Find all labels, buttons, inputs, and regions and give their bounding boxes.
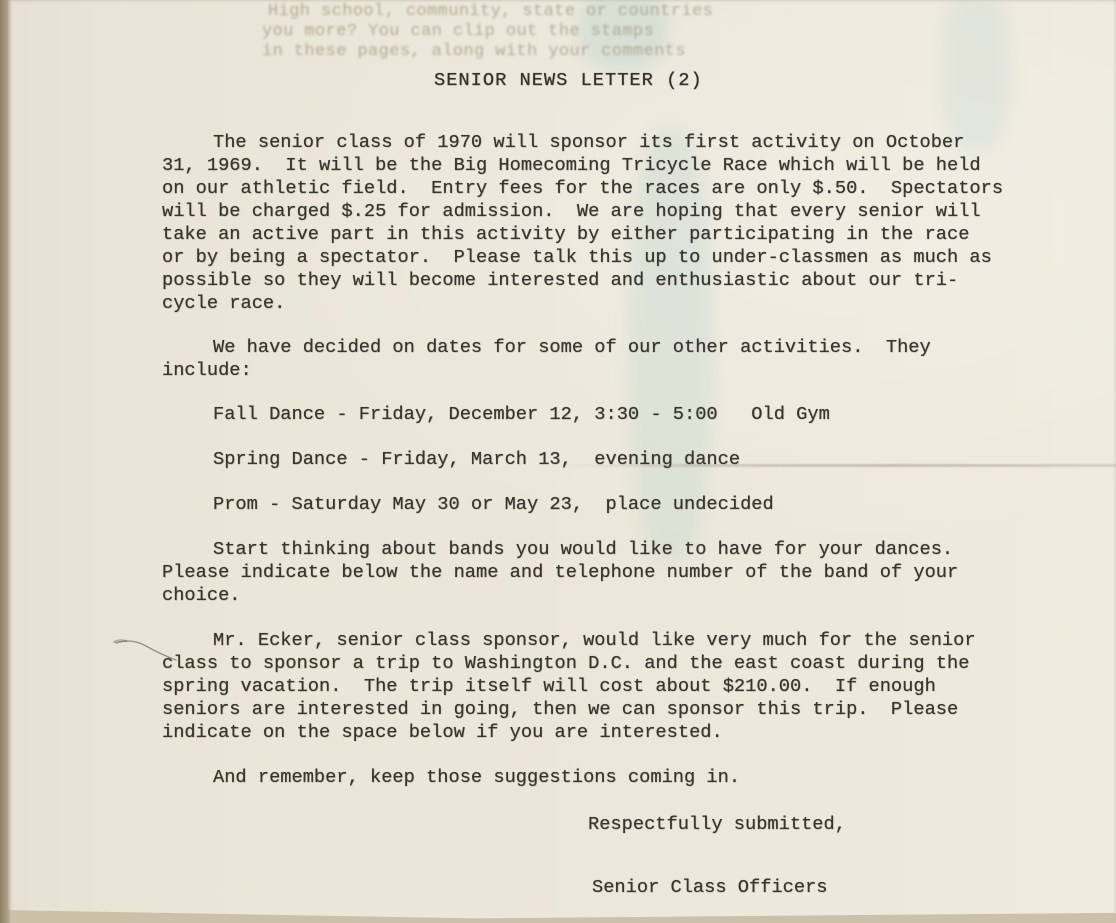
paragraph-tricycle-race: The senior class of 1970 will sponsor it… [162,131,1003,315]
letter-line: possible so they will become interested … [162,269,1003,292]
letter-line: take an active part in this activity by … [162,223,1003,246]
bleed-through-text: you more? You can clip out the stamps [262,22,654,42]
letter-line: or by being a spectator. Please talk thi… [162,246,1003,269]
letter-line: class to sponsor a trip to Washington D.… [162,652,976,675]
letter-line: Respectfully submitted, [588,813,846,836]
letter-title: SENIOR NEWS LETTER (2) [434,69,703,92]
bleed-through-text: in these pages, along with your comments [262,42,686,62]
letter-line: 31, 1969. It will be the Big Homecoming … [162,154,1003,177]
event-schedule-list: Fall Dance - Friday, December 12, 3:30 -… [213,403,830,538]
letter-line: Start thinking about bands you would lik… [162,538,958,561]
letter-line: on our athletic field. Entry fees for th… [162,177,1003,200]
signoff: Respectfully submitted, [588,813,846,836]
letter-line: cycle race. [162,292,1003,315]
schedule-item-spring-dance: Spring Dance - Friday, March 13, evening… [213,448,830,471]
letter-line: choice. [162,584,958,607]
letter-line: spring vacation. The trip itself will co… [162,675,976,698]
letter-line: seniors are interested in going, then we… [162,698,976,721]
letter-line: indicate on the space below if you are i… [162,721,976,744]
schedule-item-fall-dance: Fall Dance - Friday, December 12, 3:30 -… [213,403,830,426]
letter-line: Please indicate below the name and telep… [162,561,958,584]
paragraph-bands: Start thinking about bands you would lik… [162,538,958,607]
schedule-item-prom: Prom - Saturday May 30 or May 23, place … [213,493,830,516]
letter-line: include: [162,359,931,382]
paragraph-washington-trip: Mr. Ecker, senior class sponsor, would l… [162,629,976,744]
paragraph-activity-dates: We have decided on dates for some of our… [162,336,931,382]
signature: Senior Class Officers [592,876,828,899]
letter-line: We have decided on dates for some of our… [162,336,931,359]
closing-reminder-line: And remember, keep those suggestions com… [213,766,740,789]
letter-line: Senior Class Officers [592,876,828,899]
letter-line: will be charged $.25 for admission. We a… [162,200,1003,223]
letter-line: And remember, keep those suggestions com… [213,766,740,789]
letter-line: Mr. Ecker, senior class sponsor, would l… [162,629,976,652]
scanned-letter-page: High school, community, state or countri… [0,0,1116,923]
letter-line: The senior class of 1970 will sponsor it… [162,131,1003,154]
bleed-through-text: High school, community, state or countri… [268,2,713,22]
